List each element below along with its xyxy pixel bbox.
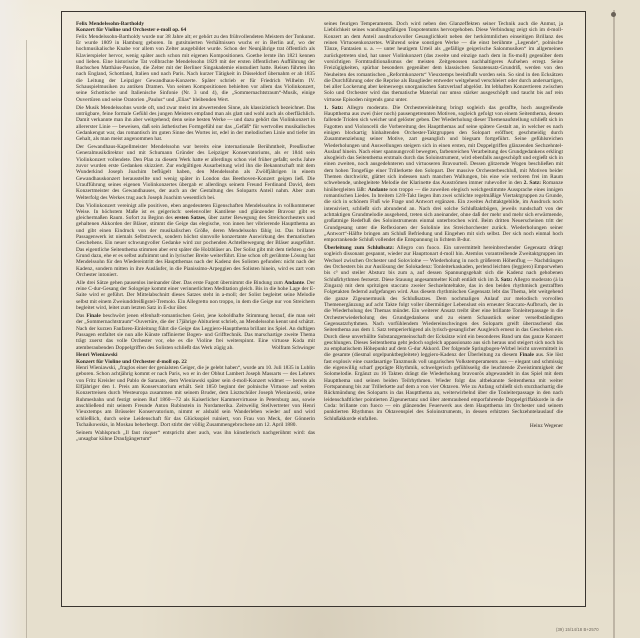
paragraph: Alle drei Sätze gehen pausenlos ineinand… <box>76 280 315 312</box>
paragraph: Felix Mendelssohn-Bartholdy wurde nur 38… <box>76 34 315 103</box>
catalog-number: (39) 15/14/18 B+2570 <box>556 627 599 632</box>
paragraph: seines feurigen Temperaments. Doch wird … <box>324 21 563 103</box>
sleeve-seam-left <box>26 40 27 638</box>
author-signature: Wolfram Schwinger <box>272 345 315 351</box>
paragraph: 1. Satz: Allegro moderato. Die Orchester… <box>324 105 563 244</box>
paragraph-finale: Das Finale beschwört jenen elfenhaft-rom… <box>76 313 315 351</box>
paragraph: Seinem Wahlspruch „Il faut risquer“ ents… <box>76 430 315 443</box>
staple-mark <box>611 12 616 17</box>
liner-notes-frame: Felix Mendelssohn-Bartholdy Konzert für … <box>61 11 586 607</box>
paragraph: Die Musik Mendelssohns wurde oft, und zw… <box>76 105 315 143</box>
left-column: Felix Mendelssohn-Bartholdy Konzert für … <box>76 21 315 444</box>
paragraph: Das Violinkonzert vereinigt alle positiv… <box>76 203 315 279</box>
paragraph: Überleitung zum Schlußsatz: Allegro con … <box>324 245 563 422</box>
sleeve-seam-right <box>613 10 615 638</box>
paragraph: Der Gewandhaus-Kapellmeister Mendelssohn… <box>76 144 315 201</box>
author-signature: Heinz Wegener <box>324 423 563 429</box>
right-column: seines feurigen Temperaments. Doch wird … <box>324 21 563 431</box>
paragraph: Henri Wieniawski, „fraglos einer der gen… <box>76 365 315 428</box>
